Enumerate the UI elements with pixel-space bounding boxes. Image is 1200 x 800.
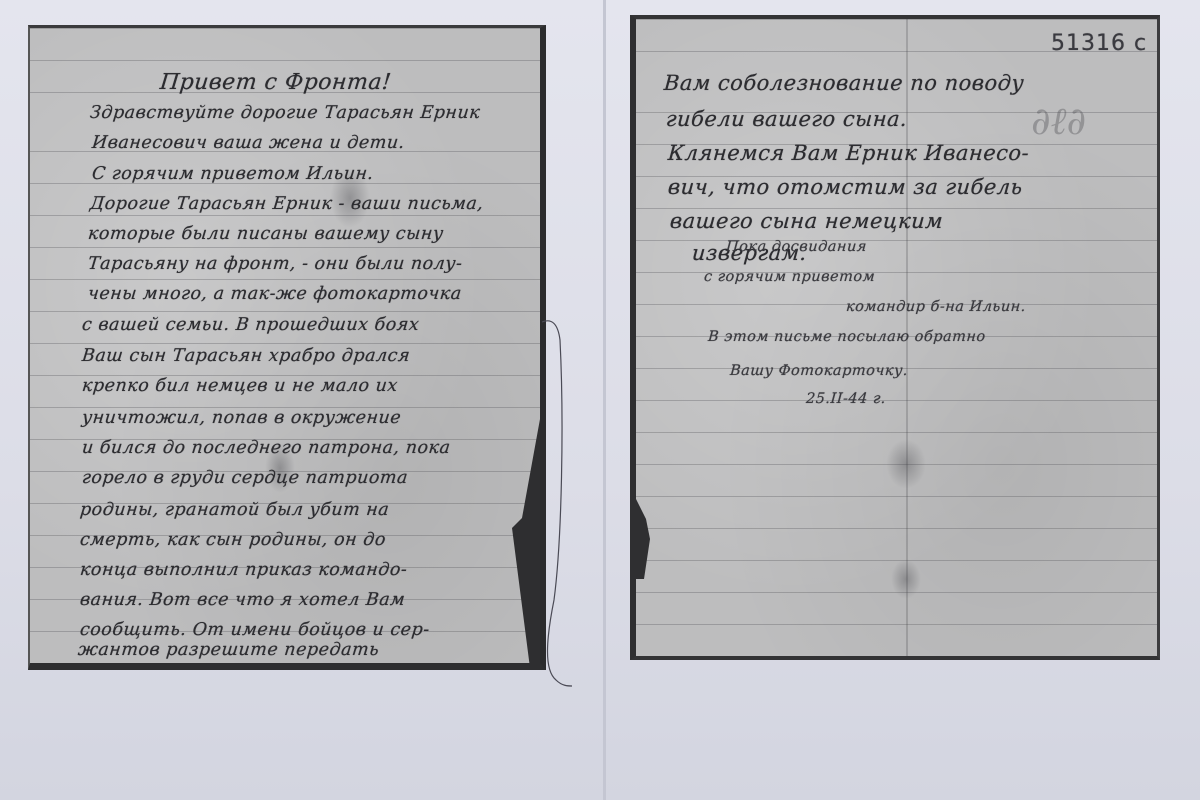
letter-line: Вам соболезнование по поводу (663, 71, 1025, 95)
pencil-bracket-mark (540, 300, 580, 690)
closing-line: Вашу Фотокарточку. (729, 363, 908, 379)
letter-line: уничтожил, попав в окружение (81, 408, 402, 428)
letter-line: гибели вашего сына. (665, 107, 908, 131)
letter-line: родины, гранатой был убит на (79, 500, 390, 520)
letter-line: чены много, а так-же фотокарточка (87, 284, 463, 304)
letter-title: Привет с Фронта! (159, 70, 393, 95)
closing-line: Пока досвидания (725, 239, 867, 255)
letter-line: и бился до последнего патрона, пока (81, 438, 452, 458)
letter-page-right: 51316 с ∂ℓ∂ Вам соболезнование по поводу… (630, 15, 1160, 660)
letter-line: вич, что отомстим за гибель (667, 175, 1023, 199)
torn-edge-shadow (636, 499, 650, 579)
letter-line: вания. Вот все что я хотел Вам (79, 590, 406, 610)
letter-line: Дорогие Тарасьян Ерник - ваши письма, (89, 194, 485, 214)
letter-line: С горячим приветом Ильин. (91, 164, 375, 184)
letter-line: с вашей семьи. В прошедших боях (81, 315, 420, 335)
faint-bleedthrough-mark: ∂ℓ∂ (1031, 99, 1086, 144)
letter-line: крепко бил немцев и не мало их (81, 376, 399, 396)
letter-line: Иванесович ваша жена и дети. (91, 133, 406, 153)
letter-line: Клянемся Вам Ерник Иванесо- (667, 141, 1030, 165)
letter-line: вашего сына немецким (669, 209, 944, 233)
letter-line: Тарасьяну на фронт, - они были полу- (87, 254, 464, 274)
letter-line: сообщить. От имени бойцов и сер- (79, 620, 431, 640)
ink-smudge (886, 439, 926, 489)
closing-line: с горячим приветом (703, 269, 875, 285)
letter-line: которые были писаны вашему сыну (87, 224, 445, 244)
letter-date: 25.II-44 г. (805, 391, 886, 407)
letter-line: смерть, как сын родины, он до (79, 530, 387, 550)
letter-line: конца выполнил приказ командо- (79, 560, 408, 580)
letter-line: жантов разрешите передать (77, 640, 380, 660)
letter-line: Ваш сын Тарасьян храбро дрался (81, 346, 411, 366)
sheet-divider (603, 0, 606, 800)
letter-page-left: Привет с Фронта! Здравствуйте дорогие Та… (28, 25, 546, 670)
archive-number: 51316 с (1051, 31, 1147, 56)
closing-line: командир б-на Ильин. (845, 299, 1026, 315)
torn-edge-shadow (500, 408, 542, 668)
letter-line: Здравствуйте дорогие Тарасьян Ерник (89, 103, 481, 123)
ink-smudge (891, 559, 921, 599)
letter-line: горело в груди сердце патриота (81, 468, 409, 488)
closing-line: В этом письме посылаю обратно (707, 329, 986, 345)
document-photo: Привет с Фронта! Здравствуйте дорогие Та… (0, 0, 1200, 800)
